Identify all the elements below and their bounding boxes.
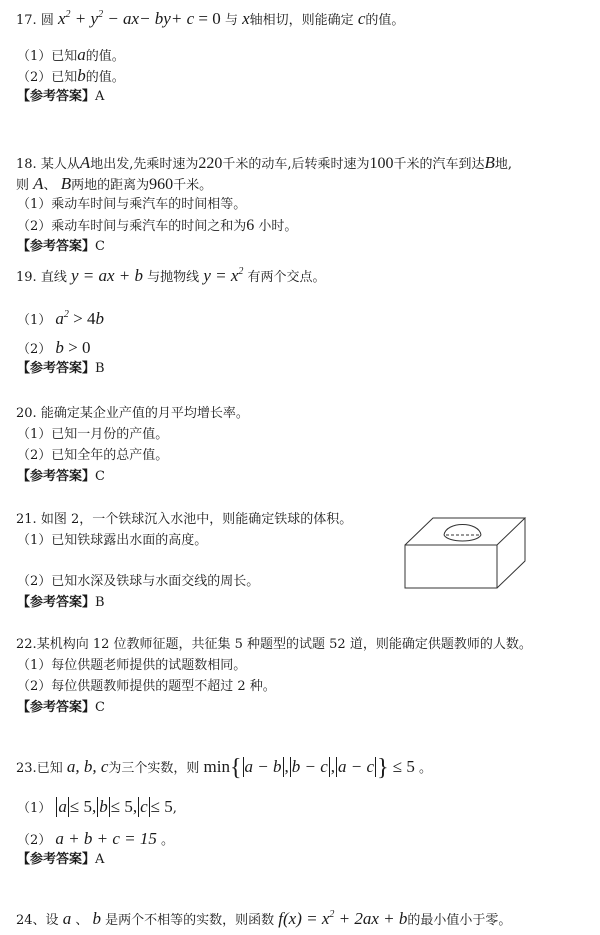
math-var: b: [77, 66, 86, 85]
question-19-stem: 19. 直线 y = ax + b 与抛物线 y = x2 有两个交点。: [16, 263, 326, 287]
option-text: （1）已知一月份的产值。: [17, 427, 168, 442]
question-number: 23.: [16, 761, 37, 776]
math-vars: a, b, c: [67, 757, 109, 776]
answer-label: 【参考答案】: [17, 595, 95, 610]
abs-bar: [375, 757, 376, 777]
stem-text: 是两个不相等的实数，则函数: [105, 913, 274, 928]
stem-text: 圆: [41, 13, 54, 28]
option-label: （2）: [17, 833, 51, 848]
math-var: b: [99, 797, 108, 816]
math-relation: ≤ 5,: [70, 797, 96, 816]
stem-text: 的值。: [365, 13, 404, 28]
question-18-stem-line-1: 18. 某人从A地出发,先乘时速为220千米的动车,后转乘时速为100千米的汽车…: [16, 154, 512, 174]
question-17-answer: 【参考答案】A: [17, 88, 104, 106]
stem-text: 千米的动车,后转乘时速为: [222, 157, 369, 172]
question-23-answer: 【参考答案】A: [17, 851, 104, 869]
option-text: （1）乘动车时间与乘汽车的时间相等。: [17, 197, 246, 212]
math-expression: y = ax + b: [71, 266, 143, 285]
option-label: （1）已知: [17, 49, 77, 64]
question-number: 24、: [16, 913, 46, 928]
math-var: b: [96, 309, 105, 328]
distance-value: 960: [149, 176, 173, 193]
stem-text: 设: [46, 913, 59, 928]
answer-label: 【参考答案】: [17, 700, 95, 715]
question-number: 19.: [16, 270, 37, 285]
question-number: 17.: [16, 13, 37, 28]
answer-value: C: [95, 469, 105, 484]
answer-value: A: [95, 89, 104, 104]
math-term: a − b: [245, 757, 282, 776]
stem-text: 的最小值小于零。: [407, 913, 511, 928]
question-22-answer: 【参考答案】C: [17, 699, 105, 717]
answer-label: 【参考答案】: [17, 89, 95, 104]
question-number: 20.: [16, 406, 37, 421]
option-label: （1）: [17, 313, 51, 328]
answer-label: 【参考答案】: [17, 361, 95, 376]
question-21-answer: 【参考答案】B: [17, 594, 105, 612]
answer-label: 【参考答案】: [17, 469, 95, 484]
math-relation: ≤ 5: [393, 757, 415, 776]
stem-text: 千米。: [173, 178, 212, 193]
question-18-option-1: （1）乘动车时间与乘汽车的时间相等。: [17, 196, 246, 214]
question-17-option-2: （2）已知b的值。: [17, 67, 125, 87]
math-min: min: [204, 757, 230, 776]
math-relation: ≤ 5,: [111, 797, 137, 816]
math-expression: > 4: [69, 309, 96, 328]
question-17-option-1: （1）已知a的值。: [17, 46, 125, 66]
stem-text: 为三个实数，则: [108, 761, 199, 776]
question-22-stem: 22.某机构向 12 位教师征题，共征集 5 种题型的试题 52 道，则能确定供…: [16, 636, 532, 654]
math-var: a: [58, 797, 67, 816]
figure-2-box-with-hemisphere: [403, 517, 533, 597]
math-var: B: [61, 174, 71, 193]
stem-text: 。: [419, 761, 432, 776]
stem-text: 某人从: [41, 157, 80, 172]
option-text: （2）已知全年的总产值。: [17, 448, 168, 463]
option-text: 。: [161, 833, 174, 848]
option-text: ,: [173, 801, 177, 816]
question-23-stem: 23.已知 a, b, c为三个实数，则 min{a − b,b − c,a −…: [16, 757, 432, 778]
math-expression: a2: [55, 309, 69, 328]
abs-bar: [109, 797, 110, 817]
math-expression: f(x) = x2 + 2ax + b: [278, 909, 407, 928]
stem-text: 直线: [41, 270, 67, 285]
answer-value: C: [95, 700, 105, 715]
math-relation: ≤ 5: [151, 797, 173, 816]
abs-bar: [243, 757, 244, 777]
question-21-stem: 21. 如图 2，一个铁球沉入水池中，则能确定铁球的体积。: [16, 511, 352, 529]
abs-bar: [336, 757, 337, 777]
math-var: B: [485, 153, 495, 172]
speed-value: 100: [370, 155, 394, 172]
brace-open: {: [230, 755, 242, 781]
question-18-stem-line-2: 则 A、 B两地的距离为960千米。: [16, 175, 212, 195]
math-var: c: [140, 797, 148, 816]
math-expression: y = x2: [203, 266, 243, 285]
math-var: A: [33, 174, 43, 193]
question-20-stem: 20. 能确定某企业产值的月平均增长率。: [16, 405, 249, 423]
stem-text: 某机构向 12 位教师征题，共征集 5 种题型的试题 52 道，则能确定供题教师…: [37, 637, 532, 652]
option-text: 的值。: [86, 49, 125, 64]
answer-value: C: [95, 239, 105, 254]
abs-bar: [329, 757, 330, 777]
stem-text: 有两个交点。: [248, 270, 326, 285]
abs-bar: [283, 757, 284, 777]
abs-bar: [149, 797, 150, 817]
question-number: 18.: [16, 157, 37, 172]
option-text: （2）乘动车时间与乘汽车的时间之和为: [17, 219, 246, 234]
stem-text: 、: [44, 178, 57, 193]
math-term: a − c: [338, 757, 374, 776]
stem-text: 两地的距离为: [71, 178, 149, 193]
question-21-option-2: （2）已知水深及铁球与水面交线的周长。: [17, 573, 259, 591]
math-expression: > 0: [64, 338, 91, 357]
stem-text: 能确定某企业产值的月平均增长率。: [41, 406, 249, 421]
question-21-option-1: （1）已知铁球露出水面的高度。: [17, 532, 207, 550]
option-label: （2）已知: [17, 70, 77, 85]
stem-text: 、: [75, 913, 88, 928]
answer-label: 【参考答案】: [17, 852, 95, 867]
math-expression: x2 + y2 − ax− by+ c: [58, 9, 194, 28]
option-text: （1）每位供题老师提供的试题数相同。: [17, 658, 246, 673]
question-24-stem: 24、设 a 、 b 是两个不相等的实数，则函数 f(x) = x2 + 2ax…: [16, 906, 511, 930]
question-18-answer: 【参考答案】C: [17, 238, 105, 256]
option-text: （2）每位供题教师提供的题型不超过 2 种。: [17, 679, 276, 694]
stem-text: 与抛物线: [147, 270, 199, 285]
question-20-option-1: （1）已知一月份的产值。: [17, 426, 168, 444]
question-22-option-2: （2）每位供题教师提供的题型不超过 2 种。: [17, 678, 276, 696]
math-var: x: [242, 9, 250, 28]
stem-text: 地,: [495, 157, 512, 172]
math-var: b: [93, 909, 102, 928]
stem-text: 轴相切，则能确定: [250, 13, 354, 28]
question-23-option-1: （1） a≤ 5,b≤ 5,c≤ 5,: [17, 797, 177, 818]
math-term: b − c: [292, 757, 328, 776]
math-equals: = 0: [194, 9, 225, 28]
answer-label: 【参考答案】: [17, 239, 95, 254]
question-19-option-1: （1） a2 > 4b: [17, 306, 104, 330]
math-var: A: [80, 153, 90, 172]
question-number: 22.: [16, 637, 37, 652]
question-17-stem: 17. 圆 x2 + y2 − ax− by+ c = 0 与 x轴相切，则能确…: [16, 6, 404, 30]
stem-text: 如图 2，一个铁球沉入水池中，则能确定铁球的体积。: [41, 512, 352, 527]
option-text: （2）已知水深及铁球与水面交线的周长。: [17, 574, 259, 589]
stem-text: 地出发,先乘时速为: [90, 157, 198, 172]
question-20-answer: 【参考答案】C: [17, 468, 105, 486]
math-number: 6: [246, 217, 254, 234]
option-label: （1）: [17, 801, 51, 816]
option-text: （1）已知铁球露出水面的高度。: [17, 533, 207, 548]
abs-bar: [68, 797, 69, 817]
math-var: a: [63, 909, 72, 928]
answer-value: A: [95, 852, 104, 867]
option-label: （2）: [17, 342, 51, 357]
question-number: 21.: [16, 512, 37, 527]
question-23-option-2: （2） a + b + c = 15 。: [17, 830, 174, 850]
stem-text: 千米的汽车到达: [394, 157, 485, 172]
math-var: a: [77, 45, 86, 64]
brace-close: }: [377, 755, 389, 781]
question-20-option-2: （2）已知全年的总产值。: [17, 447, 168, 465]
question-22-option-1: （1）每位供题老师提供的试题数相同。: [17, 657, 246, 675]
speed-value: 220: [198, 155, 222, 172]
question-18-option-2: （2）乘动车时间与乘汽车的时间之和为6 小时。: [17, 217, 297, 236]
abs-bar: [290, 757, 291, 777]
answer-value: B: [95, 361, 105, 376]
option-text: 的值。: [86, 70, 125, 85]
stem-text: 则: [16, 178, 29, 193]
math-var: b: [55, 338, 64, 357]
answer-value: B: [95, 595, 105, 610]
abs-bar: [138, 797, 139, 817]
question-19-answer: 【参考答案】B: [17, 360, 105, 378]
option-text: 小时。: [258, 219, 297, 234]
stem-text: 已知: [37, 761, 63, 776]
math-expression: a + b + c = 15: [55, 829, 156, 848]
stem-text: 与: [225, 13, 238, 28]
question-19-option-2: （2） b > 0: [17, 339, 91, 359]
